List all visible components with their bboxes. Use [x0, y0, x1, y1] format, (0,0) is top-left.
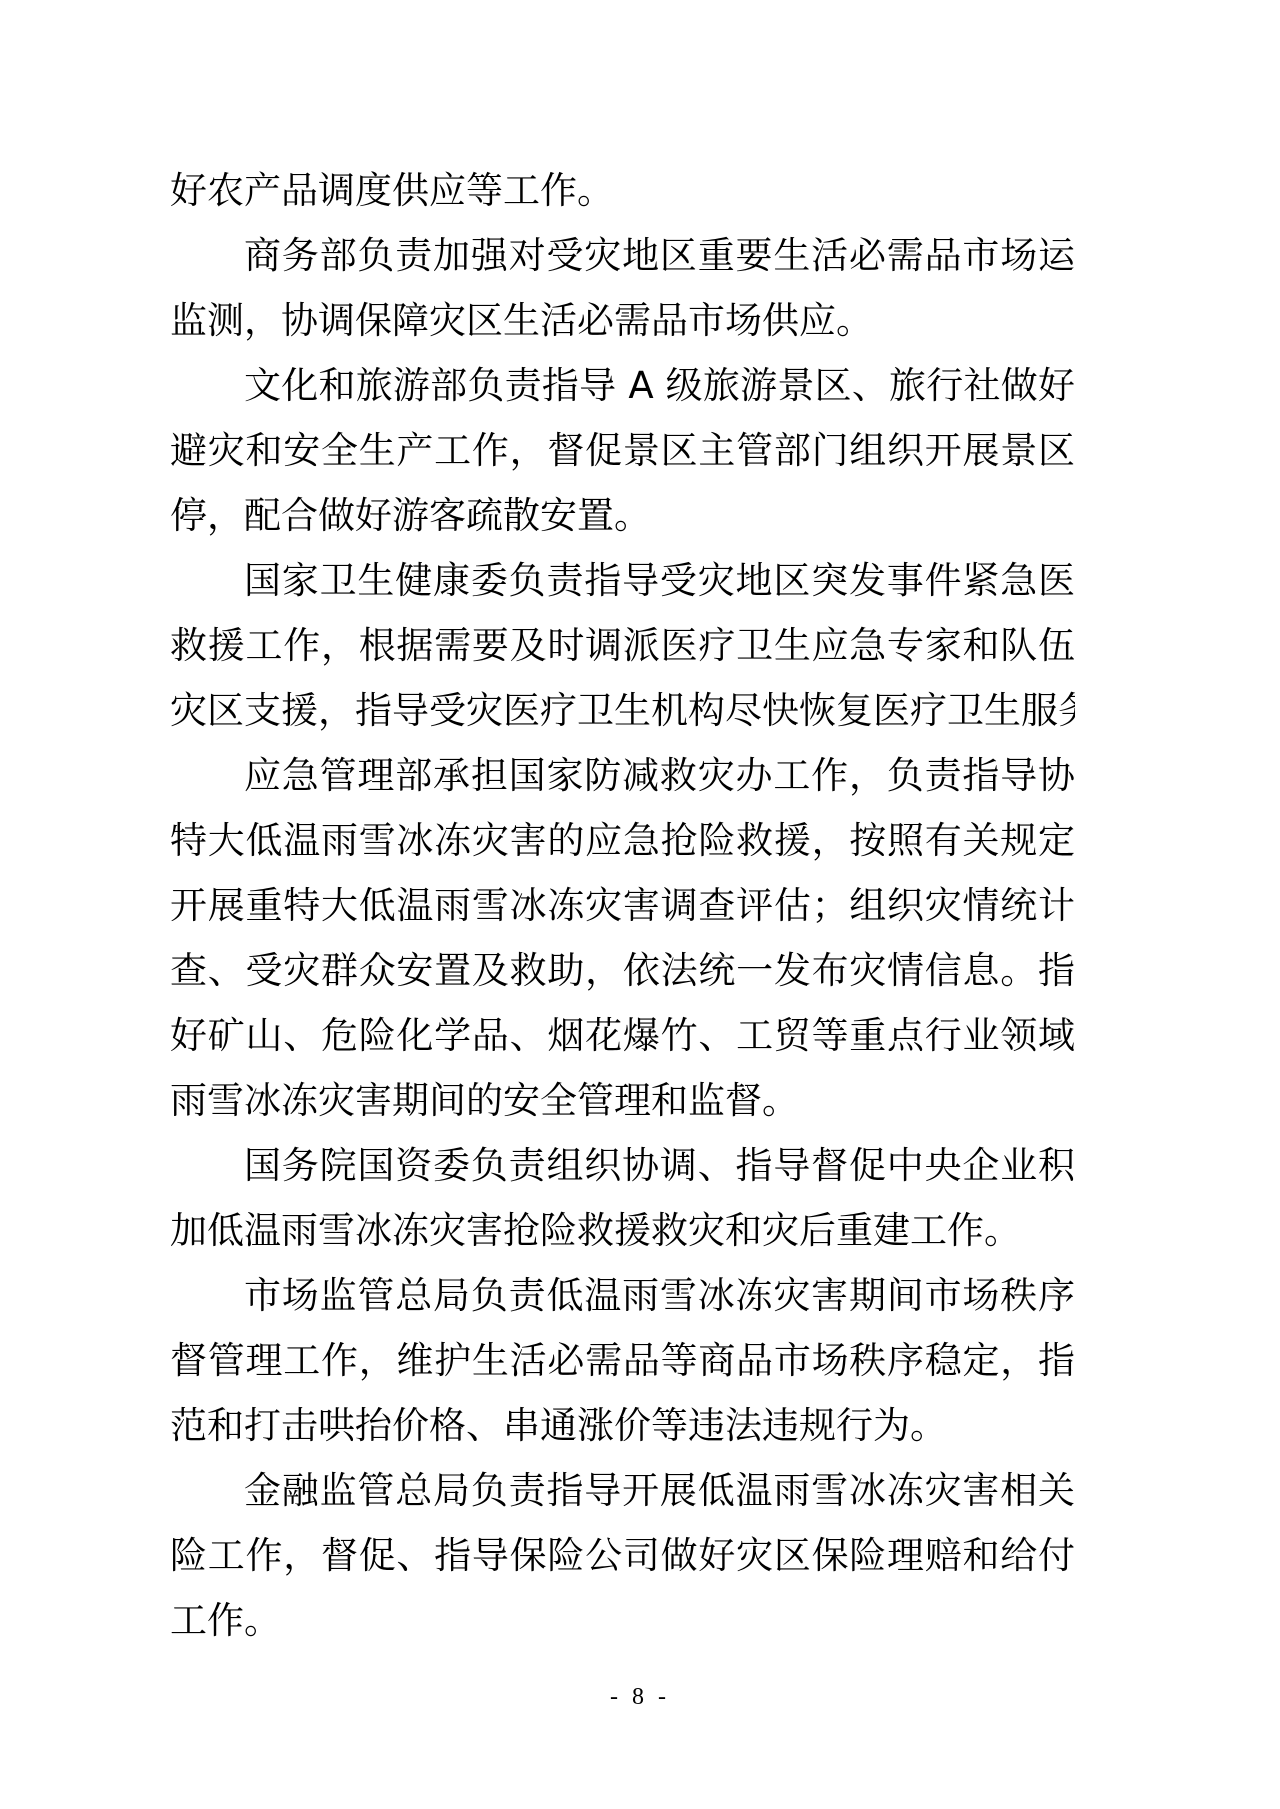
text-line: 国务院国资委负责组织协调、指导督促中央企业积极参: [170, 1133, 1075, 1198]
text-line: 雨雪冰冻灾害期间的安全管理和监督。: [170, 1068, 1075, 1133]
text-line: 应急管理部承担国家防减救灾办工作，负责指导协调重: [170, 743, 1075, 808]
text-line: 商务部负责加强对受灾地区重要生活必需品市场运行: [170, 223, 1075, 288]
text-line: 特大低温雨雪冰冻灾害的应急抢险救援，按照有关规定组织: [170, 808, 1075, 873]
text-line: 开展重特大低温雨雪冰冻灾害调查评估；组织灾情统计核: [170, 873, 1075, 938]
document-body: 好农产品调度供应等工作。 商务部负责加强对受灾地区重要生活必需品市场运行 监测，…: [170, 158, 1075, 1653]
text-line: 灾区支援，指导受灾医疗卫生机构尽快恢复医疗卫生服务。: [170, 678, 1075, 743]
text-line: 救援工作，根据需要及时调派医疗卫生应急专家和队伍赶赴: [170, 613, 1075, 678]
text-line: 险工作，督促、指导保险公司做好灾区保险理赔和给付服务: [170, 1523, 1075, 1588]
page-footer: - 8 -: [0, 1680, 1280, 1714]
text-line: 避灾和安全生产工作，督促景区主管部门组织开展景区关: [170, 418, 1075, 483]
text-line: 好农产品调度供应等工作。: [170, 158, 1075, 223]
text-line: 好矿山、危险化学品、烟花爆竹、工贸等重点行业领域低温: [170, 1003, 1075, 1068]
text-line: 督管理工作，维护生活必需品等商品市场秩序稳定，指导防: [170, 1328, 1075, 1393]
text-line: 市场监管总局负责低温雨雪冰冻灾害期间市场秩序监: [170, 1263, 1075, 1328]
document-page: 好农产品调度供应等工作。 商务部负责加强对受灾地区重要生活必需品市场运行 监测，…: [0, 0, 1280, 1809]
text-line: 国家卫生健康委负责指导受灾地区突发事件紧急医学: [170, 548, 1075, 613]
page-number: - 8 -: [610, 1684, 670, 1710]
text-line: 金融监管总局负责指导开展低温雨雪冰冻灾害相关保: [170, 1458, 1075, 1523]
text-line: 查、受灾群众安置及救助，依法统一发布灾情信息。指导做: [170, 938, 1075, 1003]
text-line: 监测，协调保障灾区生活必需品市场供应。: [170, 288, 1075, 353]
text-line: 停，配合做好游客疏散安置。: [170, 483, 1075, 548]
text-line: 文化和旅游部负责指导 A 级旅游景区、旅行社做好防灾: [170, 353, 1075, 418]
text-line: 工作。: [170, 1588, 1075, 1653]
text-line: 加低温雨雪冰冻灾害抢险救援救灾和灾后重建工作。: [170, 1198, 1075, 1263]
text-line: 范和打击哄抬价格、串通涨价等违法违规行为。: [170, 1393, 1075, 1458]
